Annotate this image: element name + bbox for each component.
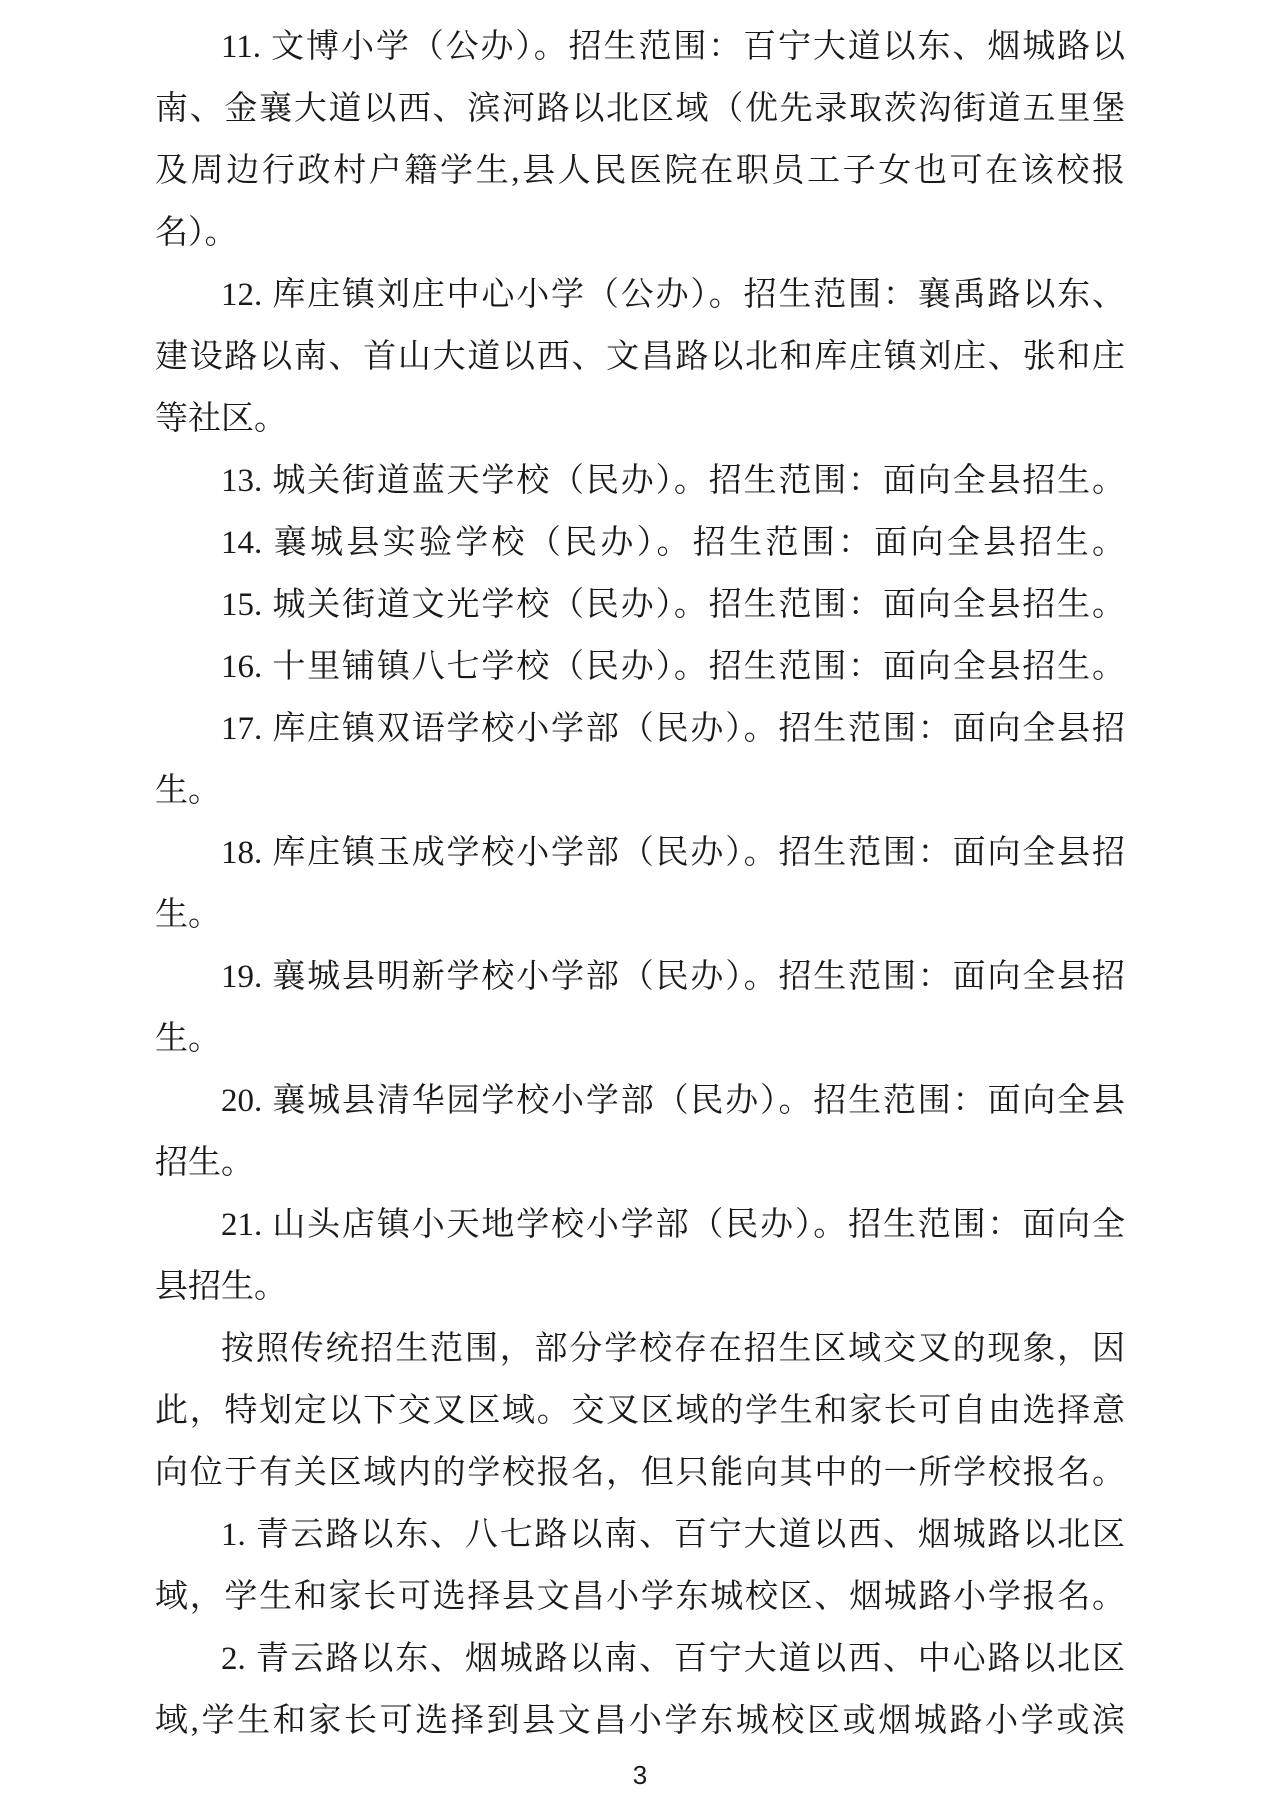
paragraph: 16. 十里铺镇八七学校（民办）。招生范围：面向全县招生。 [155,636,1125,698]
paragraph: 17. 库庄镇双语学校小学部（民办）。招生范围：面向全县招生。 [155,698,1125,822]
text-line: 生。 [155,760,1125,822]
text-line: 12. 库庄镇刘庄中心小学（公办）。招生范围：襄禹路以东、 [155,264,1125,326]
text-line: 18. 库庄镇玉成学校小学部（民办）。招生范围：面向全县招 [155,822,1125,884]
text-line: 域,学生和家长可选择到县文昌小学东城校区或烟城路小学或滨 [155,1690,1125,1752]
text-line: 21. 山头店镇小天地学校小学部（民办）。招生范围：面向全 [155,1194,1125,1256]
text-line: 域，学生和家长可选择县文昌小学东城校区、烟城路小学报名。 [155,1566,1125,1628]
page-footer: 3 [155,1760,1125,1791]
text-line: 建设路以南、首山大道以西、文昌路以北和库庄镇刘庄、张和庄 [155,326,1125,388]
text-line: 按照传统招生范围，部分学校存在招生区域交叉的现象，因 [155,1318,1125,1380]
text-line: 此，特划定以下交叉区域。交叉区域的学生和家长可自由选择意 [155,1380,1125,1442]
text-line: 南、金襄大道以西、滨河路以北区域（优先录取茨沟街道五里堡 [155,78,1125,140]
paragraph: 2. 青云路以东、烟城路以南、百宁大道以西、中心路以北区域,学生和家长可选择到县… [155,1628,1125,1752]
text-line: 13. 城关街道蓝天学校（民办）。招生范围：面向全县招生。 [155,450,1125,512]
text-line: 县招生。 [155,1256,1125,1318]
paragraph: 13. 城关街道蓝天学校（民办）。招生范围：面向全县招生。 [155,450,1125,512]
paragraph: 15. 城关街道文光学校（民办）。招生范围：面向全县招生。 [155,574,1125,636]
text-line: 2. 青云路以东、烟城路以南、百宁大道以西、中心路以北区 [155,1628,1125,1690]
text-line: 向位于有关区域内的学校报名，但只能向其中的一所学校报名。 [155,1442,1125,1504]
text-line: 及周边行政村户籍学生,县人民医院在职员工子女也可在该校报 [155,140,1125,202]
paragraph: 18. 库庄镇玉成学校小学部（民办）。招生范围：面向全县招生。 [155,822,1125,946]
paragraph: 按照传统招生范围，部分学校存在招生区域交叉的现象，因此，特划定以下交叉区域。交叉… [155,1318,1125,1504]
paragraph: 21. 山头店镇小天地学校小学部（民办）。招生范围：面向全县招生。 [155,1194,1125,1318]
text-line: 名）。 [155,202,1125,264]
text-line: 11. 文博小学（公办）。招生范围：百宁大道以东、烟城路以 [155,16,1125,78]
text-line: 生。 [155,884,1125,946]
paragraph: 11. 文博小学（公办）。招生范围：百宁大道以东、烟城路以南、金襄大道以西、滨河… [155,16,1125,264]
paragraph: 12. 库庄镇刘庄中心小学（公办）。招生范围：襄禹路以东、建设路以南、首山大道以… [155,264,1125,450]
text-line: 14. 襄城县实验学校（民办）。招生范围：面向全县招生。 [155,512,1125,574]
text-line: 1. 青云路以东、八七路以南、百宁大道以西、烟城路以北区 [155,1504,1125,1566]
document-page: 11. 文博小学（公办）。招生范围：百宁大道以东、烟城路以南、金襄大道以西、滨河… [0,0,1280,1810]
page-number: 3 [633,1760,647,1790]
text-line: 生。 [155,1008,1125,1070]
text-line: 15. 城关街道文光学校（民办）。招生范围：面向全县招生。 [155,574,1125,636]
text-line: 20. 襄城县清华园学校小学部（民办）。招生范围：面向全县 [155,1070,1125,1132]
paragraph: 1. 青云路以东、八七路以南、百宁大道以西、烟城路以北区域，学生和家长可选择县文… [155,1504,1125,1628]
text-line: 19. 襄城县明新学校小学部（民办）。招生范围：面向全县招 [155,946,1125,1008]
paragraph: 14. 襄城县实验学校（民办）。招生范围：面向全县招生。 [155,512,1125,574]
text-line: 等社区。 [155,388,1125,450]
document-body: 11. 文博小学（公办）。招生范围：百宁大道以东、烟城路以南、金襄大道以西、滨河… [155,16,1125,1752]
paragraph: 19. 襄城县明新学校小学部（民办）。招生范围：面向全县招生。 [155,946,1125,1070]
text-line: 16. 十里铺镇八七学校（民办）。招生范围：面向全县招生。 [155,636,1125,698]
paragraph: 20. 襄城县清华园学校小学部（民办）。招生范围：面向全县招生。 [155,1070,1125,1194]
text-line: 17. 库庄镇双语学校小学部（民办）。招生范围：面向全县招 [155,698,1125,760]
text-line: 招生。 [155,1132,1125,1194]
